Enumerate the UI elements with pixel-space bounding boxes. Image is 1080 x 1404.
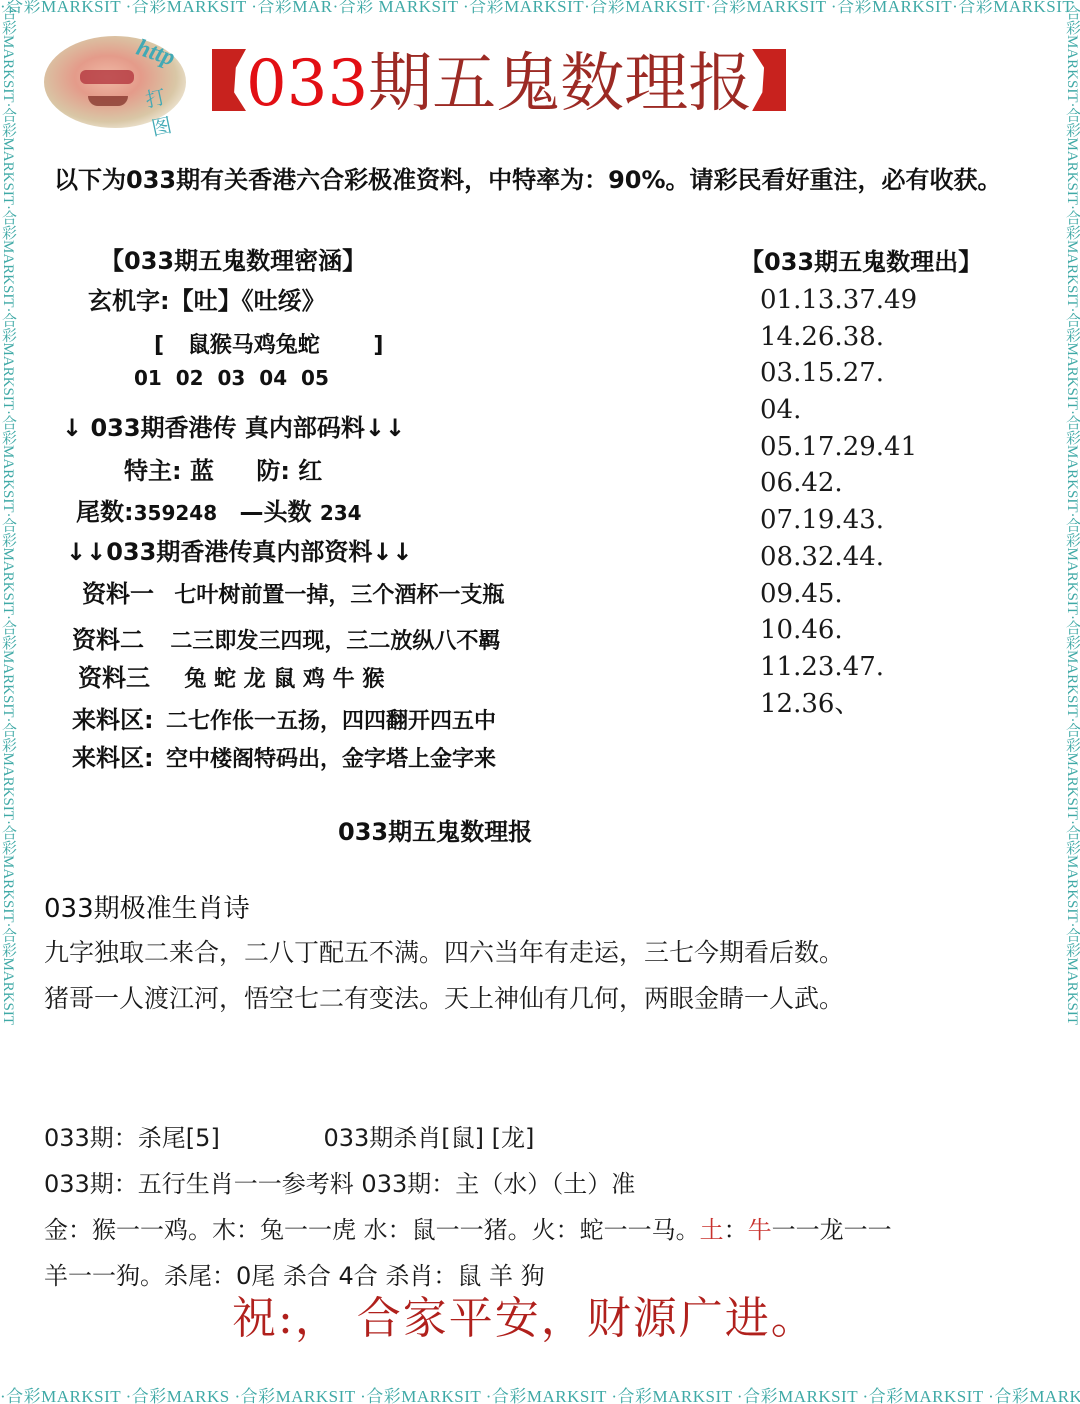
info-text: 七叶树前置一掉，三个酒杯一支瓶 [174, 583, 504, 608]
sub-title: 033期五鬼数理报 [338, 812, 532, 847]
zodiac-bracket-close: ] [373, 333, 383, 358]
number-row: 08.32.44. [760, 539, 917, 576]
info-row: 资料一 七叶树前置一掉，三个酒杯一支瓶 [82, 574, 504, 609]
number-row: 03.15.27. [760, 355, 917, 392]
info-row: 资料二 二三即发三四现，三二放纵八不羁 [72, 620, 500, 655]
watermark-border-bottom: ·合彩MARKSIT ·合彩MARKS ·合彩MARKSIT ·合彩MARKSI… [0, 1386, 1080, 1404]
elements-text-b: 一一龙一一 [772, 1216, 892, 1244]
number-row: 04. [760, 392, 917, 429]
avatar-watermark: http [133, 35, 178, 73]
number-row: 06.42. [760, 465, 917, 502]
poem-line: 猪哥一人渡江河，悟空七二有变法。天上神仙有几何，两眼金睛一人武。 [44, 976, 844, 1022]
avatar-glasses [80, 70, 134, 84]
watermark-border-left: ·合彩MARKSIT·合彩MARKSIT·合彩MARKSIT·合彩MARKSIT… [0, 0, 19, 1404]
inside-code-heading: ↓ 033期香港传 真内部码料↓↓ [62, 408, 405, 443]
number-row: 07.19.43. [760, 502, 917, 539]
title-bracket-left-icon [212, 49, 246, 111]
poem-title: 033期极准生肖诗 [44, 888, 250, 925]
number-row: 11.23.47. [760, 649, 917, 686]
page-title: 033期五鬼数理报 [212, 44, 786, 124]
head-value: 234 [320, 501, 362, 525]
info-label: 来料区: [72, 706, 154, 734]
title-issue: 033 [246, 47, 368, 121]
zodiac-bracket-open: [ [154, 333, 164, 358]
info-label: 来料区: [72, 744, 154, 772]
info-text: 二三即发三四现，三二放纵八不羁 [170, 629, 500, 654]
number-row: 01.13.37.49 [760, 282, 917, 319]
kill-row: 033期：杀尾[5] 033期杀肖[鼠] [龙] [44, 1118, 534, 1153]
intro-text: 以下为033期有关香港六合彩极准资料，中特率为：90%。请彩民看好重注，必有收获… [54, 162, 1044, 198]
seal-stamp-ox: 牛 [748, 1216, 772, 1244]
avatar-watermark-cn: 打图 [142, 77, 191, 142]
info-label: 资料一 [82, 580, 154, 608]
number-row: 12.36、 [760, 686, 917, 723]
blessing: 祝:， 合家平安，财源广进。 [232, 1282, 817, 1346]
title-text: 期五鬼数理报 [368, 47, 752, 121]
info-row: 来料区: 二七作伥一五扬，四四翻开四五中 [72, 700, 496, 735]
zodiac-list: 鼠猴马鸡兔蛇 [188, 333, 320, 358]
number-row: 14.26.38. [760, 319, 917, 356]
poem: 九字独取二来合，二八丁配五不满。四六当年有走运，三七今期看后数。 猪哥一人渡江河… [44, 930, 844, 1022]
numbers-out-list: 01.13.37.49 14.26.38. 03.15.27. 04. 05.1… [760, 282, 917, 722]
number-row: 05.17.29.41 [760, 429, 917, 466]
poem-line: 九字独取二来合，二八丁配五不满。四六当年有走运，三七今期看后数。 [44, 930, 844, 976]
info-text: 空中楼阁特码出，金字塔上金字来 [166, 747, 496, 772]
five-elements-row: 033期：五行生肖一一参考料 033期：主（水）（土）准 [44, 1164, 635, 1199]
numbers-out-heading: 【033期五鬼数理出】 [740, 242, 982, 277]
kill-zodiac: 033期杀肖[鼠] [龙] [323, 1124, 534, 1152]
watermark-border-top: ·合彩MARKSIT ·合彩MARKSIT ·合彩MAR·合彩 MARKSIT … [0, 0, 1080, 18]
main-color-value: 蓝 [190, 457, 214, 485]
xuanji-label: 玄机字: [88, 287, 170, 315]
tail-head-row: 尾数:359248 —头数 234 [76, 492, 362, 527]
elements-text-a: 金：猴一一鸡。木：兔一一虎 水：鼠一一猪。火：蛇一一马。 [44, 1216, 700, 1244]
seal-stamp-earth: 土 [700, 1216, 724, 1244]
info-text: 二七作伥一五扬，四四翻开四五中 [166, 709, 496, 734]
info-text: 兔 蛇 龙 鼠 鸡 牛 猴 [184, 667, 384, 692]
elements-colon: ： [724, 1216, 748, 1244]
number-row: 09.45. [760, 576, 917, 613]
elements-line: 金：猴一一鸡。木：兔一一虎 水：鼠一一猪。火：蛇一一马。土：牛一一龙一一 [44, 1210, 892, 1245]
xuanji-value: 【吐】《吐绥》 [170, 287, 326, 315]
xuanji-row: 玄机字:【吐】《吐绥》 [88, 281, 326, 316]
avatar: http 打图 [44, 36, 186, 128]
number-row: 10.46. [760, 612, 917, 649]
info-row: 来料区: 空中楼阁特码出，金字塔上金字来 [72, 738, 496, 773]
tail-label: 尾数: [76, 498, 134, 526]
zodiac-row: [ 鼠猴马鸡兔蛇 ] [154, 328, 383, 359]
inside-info-heading: ↓↓033期香港传真内部资料↓↓ [66, 532, 413, 567]
info-row: 资料三 兔 蛇 龙 鼠 鸡 牛 猴 [78, 658, 384, 693]
info-label: 资料三 [78, 664, 150, 692]
avatar-smile [88, 96, 128, 106]
watermark-border-right: ·合彩MARKSIT·合彩MARKSIT·合彩MARKSIT·合彩MARKSIT… [1061, 0, 1080, 1404]
head-label: —头数 [239, 498, 311, 526]
info-label: 资料二 [72, 626, 144, 654]
guard-color-label: 防: [256, 457, 290, 485]
mystery-numbers: 01 02 03 04 05 [134, 366, 329, 390]
kill-tail: 033期：杀尾[5] [44, 1124, 220, 1152]
guard-color-value: 红 [298, 457, 322, 485]
title-bracket-right-icon [752, 49, 786, 111]
color-row: 特主: 蓝 防: 红 [124, 451, 322, 486]
tail-value: 359248 [134, 501, 218, 525]
mystery-heading: 【033期五鬼数理密涵】 [100, 241, 366, 276]
main-color-label: 特主: [124, 457, 182, 485]
